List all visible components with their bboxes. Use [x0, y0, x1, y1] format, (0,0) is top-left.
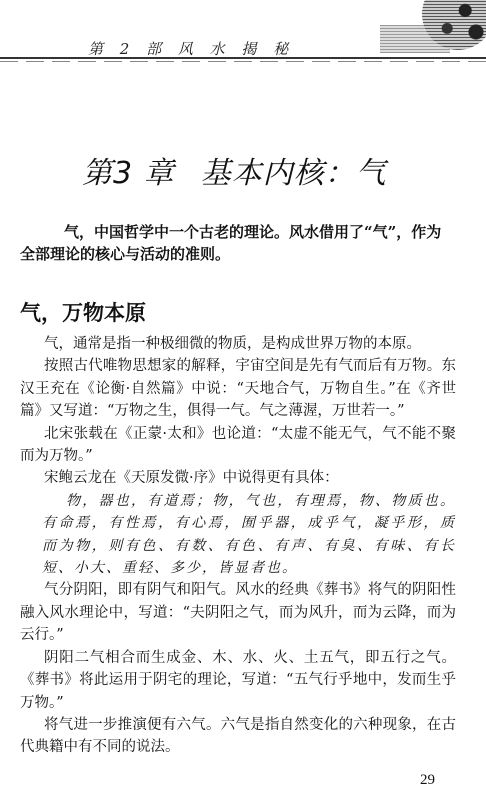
decorative-ornament-image	[380, 0, 486, 60]
chapter-name: 基本内核：气	[201, 156, 387, 191]
running-head-text: 第 2 部 风 水 揭 秘	[88, 38, 294, 59]
body-text: 气，通常是指一种极细微的物质，是构成世界万物的本原。 按照古代唯物思想家的解释，…	[20, 333, 456, 759]
lead-text: 气，中国哲学中一个古老的理论。风水借用了“气”，作为全部理论的核心与活动的准则。	[20, 221, 456, 265]
page-number: 29	[420, 772, 435, 789]
header-rule-dashed	[0, 61, 486, 62]
block-quote: 物，器也，有道焉；物，气也，有理焉，物、物质也。有命焉，有性焉，有心焉，囿乎器，…	[42, 490, 456, 580]
chapter-title: 第3 章基本内核：气	[82, 148, 387, 192]
chapter-word: 章	[144, 156, 175, 191]
paragraph: 北宋张载在《正蒙·太和》也论道：“太虚不能无气，气不能不聚而为万物。”	[20, 423, 456, 468]
chapter-lead: 气，中国哲学中一个古老的理论。风水借用了“气”，作为全部理论的核心与活动的准则。	[20, 221, 456, 265]
paragraph: 将气进一步推演便有六气。六气是指自然变化的六种现象，在古代典籍中有不同的说法。	[20, 714, 456, 759]
paragraph: 按照古代唯物思想家的解释，宇宙空间是先有气而后有万物。东汉王充在《论衡·自然篇》…	[20, 355, 456, 422]
paragraph: 气分阴阳，即有阴气和阳气。风水的经典《葬书》将气的阴阳性融入风水理论中，写道：“…	[20, 579, 456, 646]
chapter-number: 第3	[82, 156, 133, 191]
paragraph: 气，通常是指一种极细微的物质，是构成世界万物的本原。	[20, 333, 456, 355]
running-head: 第 2 部 风 水 揭 秘	[0, 0, 486, 70]
section-heading: 气，万物本原	[20, 297, 146, 327]
paragraph: 阴阳二气相合而生成金、木、水、火、土五气，即五行之气。《葬书》将此运用于阴宅的理…	[20, 647, 456, 714]
paragraph: 宋鲍云龙在《天原发微·序》中说得更有具体：	[20, 467, 456, 489]
